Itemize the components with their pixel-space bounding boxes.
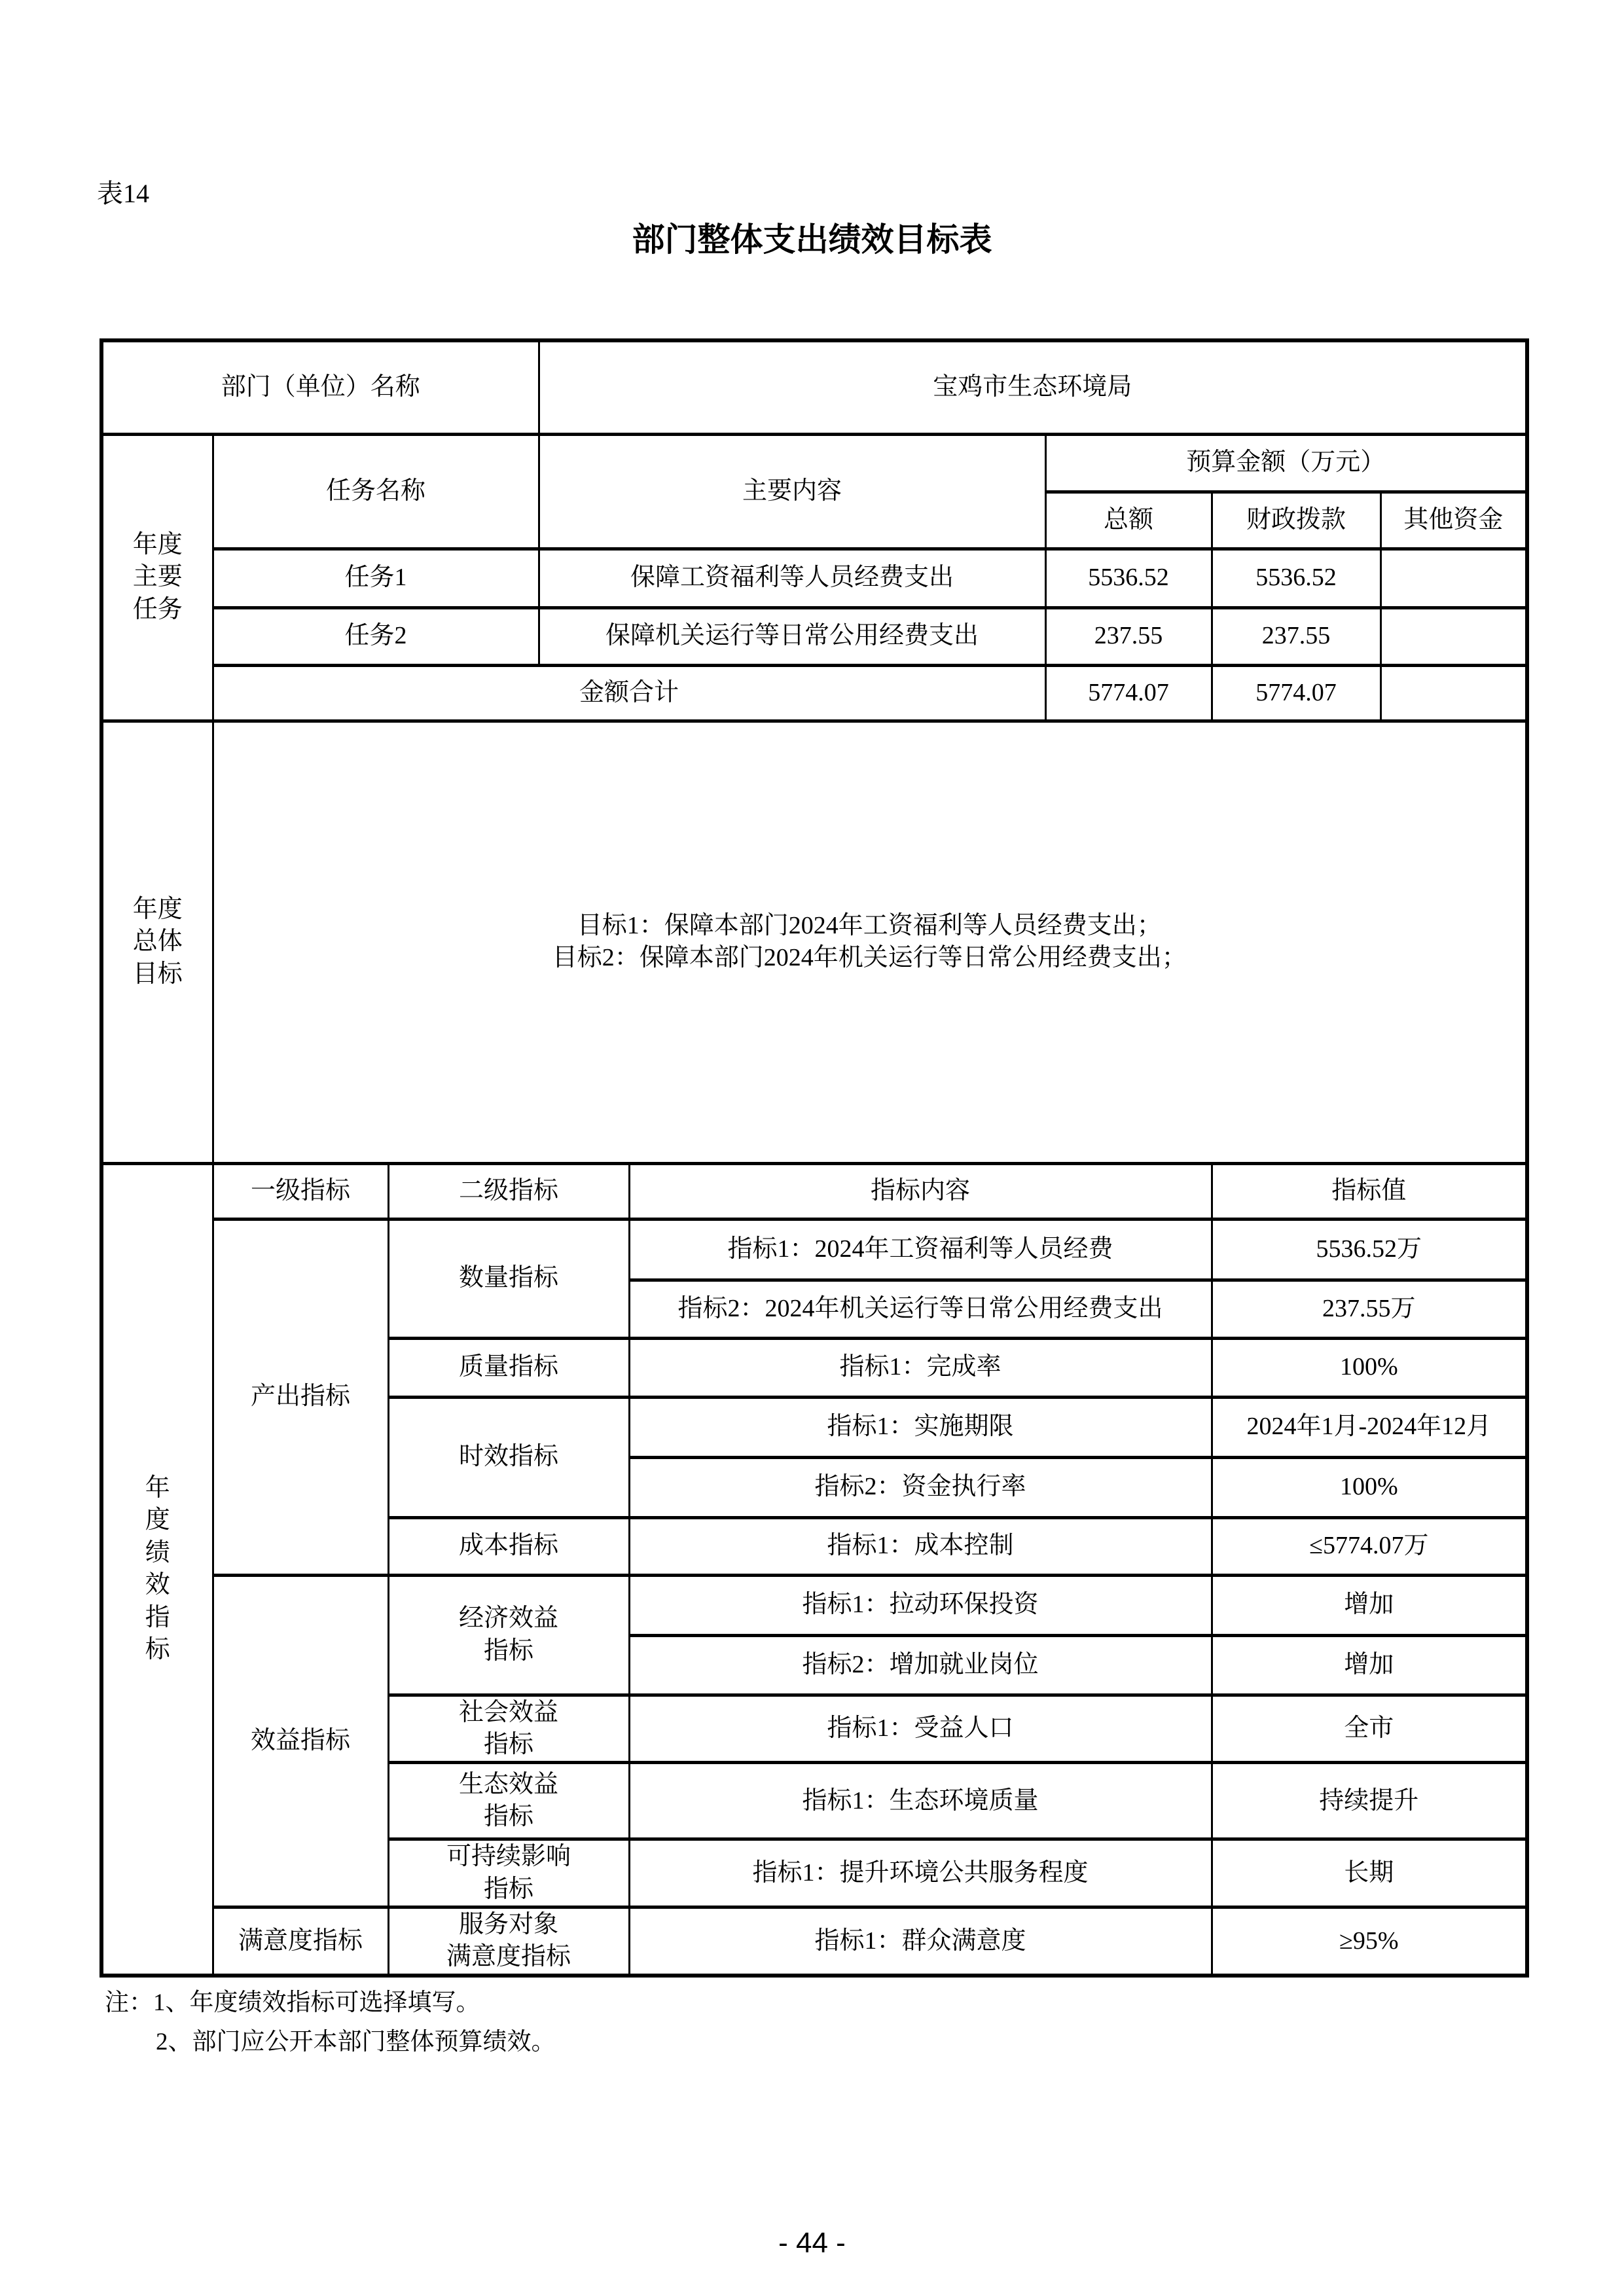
table-row-quantity-1: 产出指标 数量指标 指标1：2024年工资福利等人员经费 5536.52万	[101, 1219, 1527, 1280]
indicator-content: 指标1：成本控制	[629, 1517, 1212, 1575]
section-label-annual-performance-indicators: 年 度 绩 效 指 标	[101, 1163, 213, 1976]
level2-quantity-indicators: 数量指标	[388, 1219, 629, 1338]
header-indicator-content: 指标内容	[629, 1163, 1212, 1219]
level1-output-indicators: 产出指标	[213, 1219, 388, 1575]
indicator-value: 2024年1月-2024年12月	[1212, 1397, 1527, 1457]
dept-name-label: 部门（单位）名称	[101, 340, 539, 434]
page-number: - 44 -	[0, 2227, 1624, 2260]
indicator-value: 增加	[1212, 1635, 1527, 1695]
task2-total: 237.55	[1045, 607, 1212, 665]
task1-total: 5536.52	[1045, 549, 1212, 607]
page-title: 部门整体支出绩效目标表	[0, 220, 1624, 259]
table-row-task2: 任务2 保障机关运行等日常公用经费支出 237.55 237.55	[101, 607, 1527, 665]
indicator-value: ≤5774.07万	[1212, 1517, 1527, 1575]
sum-fiscal: 5774.07	[1212, 665, 1380, 721]
indicator-content: 指标2：增加就业岗位	[629, 1635, 1212, 1695]
annual-goals-text: 目标1：保障本部门2024年工资福利等人员经费支出； 目标2：保障本部门2024…	[213, 721, 1527, 1163]
sheet-label: 表14	[97, 178, 149, 209]
level2-quality-indicators: 质量指标	[388, 1338, 629, 1397]
indicator-content: 指标1：受益人口	[629, 1695, 1212, 1763]
level2-economic-benefit-indicators: 经济效益 指标	[388, 1575, 629, 1695]
header-task-name: 任务名称	[213, 434, 539, 549]
task1-content: 保障工资福利等人员经费支出	[539, 549, 1045, 607]
indicator-value: ≥95%	[1212, 1907, 1527, 1976]
header-budget-total: 总额	[1045, 492, 1212, 549]
header-budget-fiscal: 财政拨款	[1212, 492, 1380, 549]
dept-name-value: 宝鸡市生态环境局	[539, 340, 1527, 434]
indicator-value: 长期	[1212, 1839, 1527, 1907]
indicator-content: 指标1：拉动环保投资	[629, 1575, 1212, 1635]
sum-label: 金额合计	[213, 665, 1045, 721]
level1-benefit-indicators: 效益指标	[213, 1575, 388, 1907]
section-label-annual-main-tasks: 年度 主要 任务	[101, 434, 213, 721]
task1-name: 任务1	[213, 549, 539, 607]
indicator-value: 持续提升	[1212, 1763, 1527, 1839]
table-row-task1: 任务1 保障工资福利等人员经费支出 5536.52 5536.52	[101, 549, 1527, 607]
indicator-value: 5536.52万	[1212, 1219, 1527, 1280]
annual-goals-row: 年度 总体 目标 目标1：保障本部门2024年工资福利等人员经费支出； 目标2：…	[101, 721, 1527, 1163]
indicator-header-row: 年 度 绩 效 指 标 一级指标 二级指标 指标内容 指标值	[101, 1163, 1527, 1219]
dept-row: 部门（单位）名称 宝鸡市生态环境局	[101, 340, 1527, 434]
section-label-annual-goals: 年度 总体 目标	[101, 721, 213, 1163]
indicator-value: 增加	[1212, 1575, 1527, 1635]
level2-cost-indicators: 成本指标	[388, 1517, 629, 1575]
footnotes: 注：1、年度绩效指标可选择填写。 2、部门应公开本部门整体预算绩效。	[105, 1983, 556, 2062]
footnote-line2: 2、部门应公开本部门整体预算绩效。	[105, 2023, 556, 2062]
table-row-satisfaction: 满意度指标 服务对象 满意度指标 指标1：群众满意度 ≥95%	[101, 1907, 1527, 1976]
level2-social-benefit-indicators: 社会效益 指标	[388, 1695, 629, 1763]
header-budget-other: 其他资金	[1380, 492, 1527, 549]
indicator-content: 指标1：群众满意度	[629, 1907, 1212, 1976]
table-row-economic-1: 效益指标 经济效益 指标 指标1：拉动环保投资 增加	[101, 1575, 1527, 1635]
level2-sustainable-impact-indicators: 可持续影响 指标	[388, 1839, 629, 1907]
document-page: 表14 部门整体支出绩效目标表 部门（单位）名称 宝鸡市生态环境局 年度 主要 …	[0, 0, 1624, 2295]
sum-other	[1380, 665, 1527, 721]
indicator-content: 指标1：实施期限	[629, 1397, 1212, 1457]
performance-target-table: 部门（单位）名称 宝鸡市生态环境局 年度 主要 任务 任务名称 主要内容 预算金…	[99, 338, 1529, 1978]
indicator-content: 指标2：2024年机关运行等日常公用经费支出	[629, 1280, 1212, 1338]
task2-fiscal: 237.55	[1212, 607, 1380, 665]
indicator-content: 指标1：2024年工资福利等人员经费	[629, 1219, 1212, 1280]
task1-fiscal: 5536.52	[1212, 549, 1380, 607]
task2-name: 任务2	[213, 607, 539, 665]
indicator-content: 指标1：完成率	[629, 1338, 1212, 1397]
indicator-content: 指标1：提升环境公共服务程度	[629, 1839, 1212, 1907]
task2-other	[1380, 607, 1527, 665]
indicator-value: 100%	[1212, 1457, 1527, 1517]
footnote-line1: 注：1、年度绩效指标可选择填写。	[105, 1983, 556, 2023]
indicator-value: 237.55万	[1212, 1280, 1527, 1338]
indicator-content: 指标1：生态环境质量	[629, 1763, 1212, 1839]
sum-total: 5774.07	[1045, 665, 1212, 721]
task-header-row: 年度 主要 任务 任务名称 主要内容 预算金额（万元）	[101, 434, 1527, 492]
header-main-content: 主要内容	[539, 434, 1045, 549]
level2-timeliness-indicators: 时效指标	[388, 1397, 629, 1517]
header-indicator-value: 指标值	[1212, 1163, 1527, 1219]
indicator-content: 指标2：资金执行率	[629, 1457, 1212, 1517]
table-row-sum: 金额合计 5774.07 5774.07	[101, 665, 1527, 721]
level1-satisfaction-indicators: 满意度指标	[213, 1907, 388, 1976]
level2-ecological-benefit-indicators: 生态效益 指标	[388, 1763, 629, 1839]
header-budget-group: 预算金额（万元）	[1045, 434, 1527, 492]
task2-content: 保障机关运行等日常公用经费支出	[539, 607, 1045, 665]
level2-service-object-satisfaction-indicators: 服务对象 满意度指标	[388, 1907, 629, 1976]
indicator-value: 100%	[1212, 1338, 1527, 1397]
header-level2-indicator: 二级指标	[388, 1163, 629, 1219]
header-level1-indicator: 一级指标	[213, 1163, 388, 1219]
indicator-value: 全市	[1212, 1695, 1527, 1763]
task1-other	[1380, 549, 1527, 607]
